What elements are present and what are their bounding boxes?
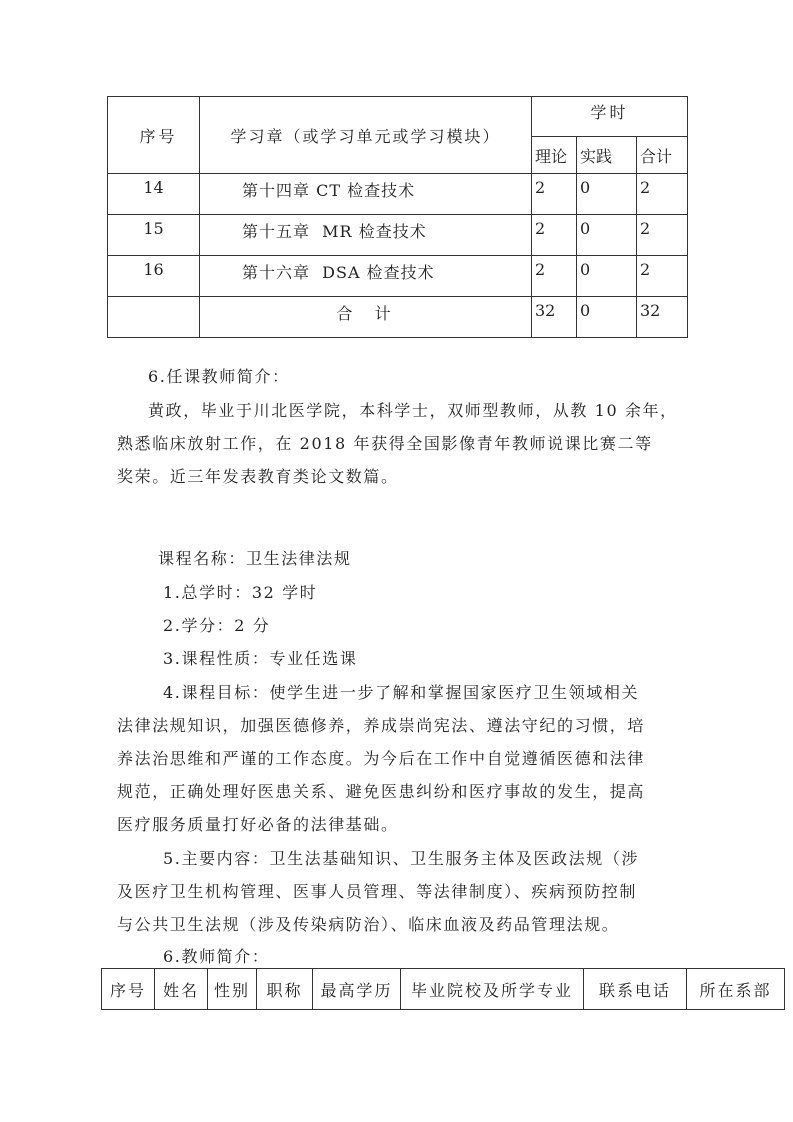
row-total: 2	[637, 256, 688, 297]
row-chapter: 第十六章 DSA 检查技术	[200, 256, 532, 297]
header-index: 序号	[108, 97, 200, 174]
course-name: 课程名称：卫生法律法规	[158, 546, 352, 569]
header-practice: 实践	[577, 137, 637, 174]
course-total-hours: 1.总学时：32 学时	[163, 580, 317, 603]
teacher-intro-line: 黄政，毕业于川北医学院，本科学士，双师型教师，从教 10 余年，	[148, 398, 678, 421]
course-objective-line: 规范，正确处理好医患关系、避免医患纠纷和医疗事故的发生，提高	[117, 779, 645, 802]
teacher-intro-line: 奖荣。近三年发表教育类论文数篇。	[117, 464, 399, 487]
row-chapter: 第十四章 CT 检查技术	[200, 174, 532, 215]
sum-index	[108, 297, 200, 338]
header-index: 序号	[102, 969, 155, 1010]
row-index: 15	[108, 215, 200, 256]
row-chapter: 第十五章 MR 检查技术	[200, 215, 532, 256]
header-total: 合计	[637, 137, 688, 174]
teacher-intro-heading: 6.任课教师简介：	[148, 364, 290, 387]
row-practice: 0	[577, 256, 637, 297]
row-index: 16	[108, 256, 200, 297]
header-phone: 联系电话	[584, 969, 687, 1010]
header-department: 所在系部	[687, 969, 785, 1010]
row-theory: 2	[532, 174, 577, 215]
hours-table: 序号 学习章（或学习单元或学习模块） 学时 理论 实践 合计 14 第十四章 C…	[107, 96, 688, 338]
teacher-intro-line: 熟悉临床放射工作，在 2018 年获得全国影像青年教师说课比赛二等	[117, 431, 653, 454]
table-row: 16 第十六章 DSA 检查技术 2 0 2	[108, 256, 688, 297]
sum-total: 32	[637, 297, 688, 338]
teacher-table-header: 序号 姓名 性别 职称 最高学历 毕业院校及所学专业 联系电话 所在系部	[102, 969, 785, 1010]
row-theory: 2	[532, 256, 577, 297]
course-credits: 2.学分：2 分	[163, 613, 270, 636]
course-content-line: 5.主要内容：卫生法基础知识、卫生服务主体及医政法规（涉	[163, 846, 639, 869]
teacher-heading: 6.教师简介：	[163, 944, 269, 967]
sum-practice: 0	[577, 297, 637, 338]
header-degree: 最高学历	[313, 969, 401, 1010]
course-objective-line: 医疗服务质量打好必备的法律基础。	[117, 812, 399, 835]
row-practice: 0	[577, 174, 637, 215]
header-chapter: 学习章（或学习单元或学习模块）	[200, 97, 532, 174]
row-practice: 0	[577, 215, 637, 256]
course-content-line: 与公共卫生法规（涉及传染病防治）、临床血液及药品管理法规。	[117, 912, 619, 935]
header-theory: 理论	[532, 137, 577, 174]
course-objective-line: 养法治思维和严谨的工作态度。为今后在工作中自觉遵循医德和法律	[117, 746, 645, 769]
header-school-major: 毕业院校及所学专业	[401, 969, 584, 1010]
sum-row: 合 计 32 0 32	[108, 297, 688, 338]
row-index: 14	[108, 174, 200, 215]
course-objective-line: 法律法规知识，加强医德修养，养成崇尚宪法、遵法守纪的习惯，培	[117, 713, 645, 736]
course-content-line: 及医疗卫生机构管理、医事人员管理、等法律制度）、疾病预防控制	[117, 879, 637, 902]
header-title: 职称	[257, 969, 313, 1010]
row-total: 2	[637, 174, 688, 215]
course-nature: 3.课程性质：专业任选课	[163, 646, 357, 669]
header-gender: 性别	[208, 969, 257, 1010]
header-name: 姓名	[155, 969, 208, 1010]
teacher-table: 序号 姓名 性别 职称 最高学历 毕业院校及所学专业 联系电话 所在系部	[101, 968, 785, 1010]
sum-theory: 32	[532, 297, 577, 338]
table-row: 15 第十五章 MR 检查技术 2 0 2	[108, 215, 688, 256]
header-hours: 学时	[532, 97, 688, 137]
course-objective-line: 4.课程目标：使学生进一步了解和掌握国家医疗卫生领域相关	[163, 680, 639, 703]
row-theory: 2	[532, 215, 577, 256]
sum-label: 合 计	[200, 297, 532, 338]
table-row: 14 第十四章 CT 检查技术 2 0 2	[108, 174, 688, 215]
row-total: 2	[637, 215, 688, 256]
